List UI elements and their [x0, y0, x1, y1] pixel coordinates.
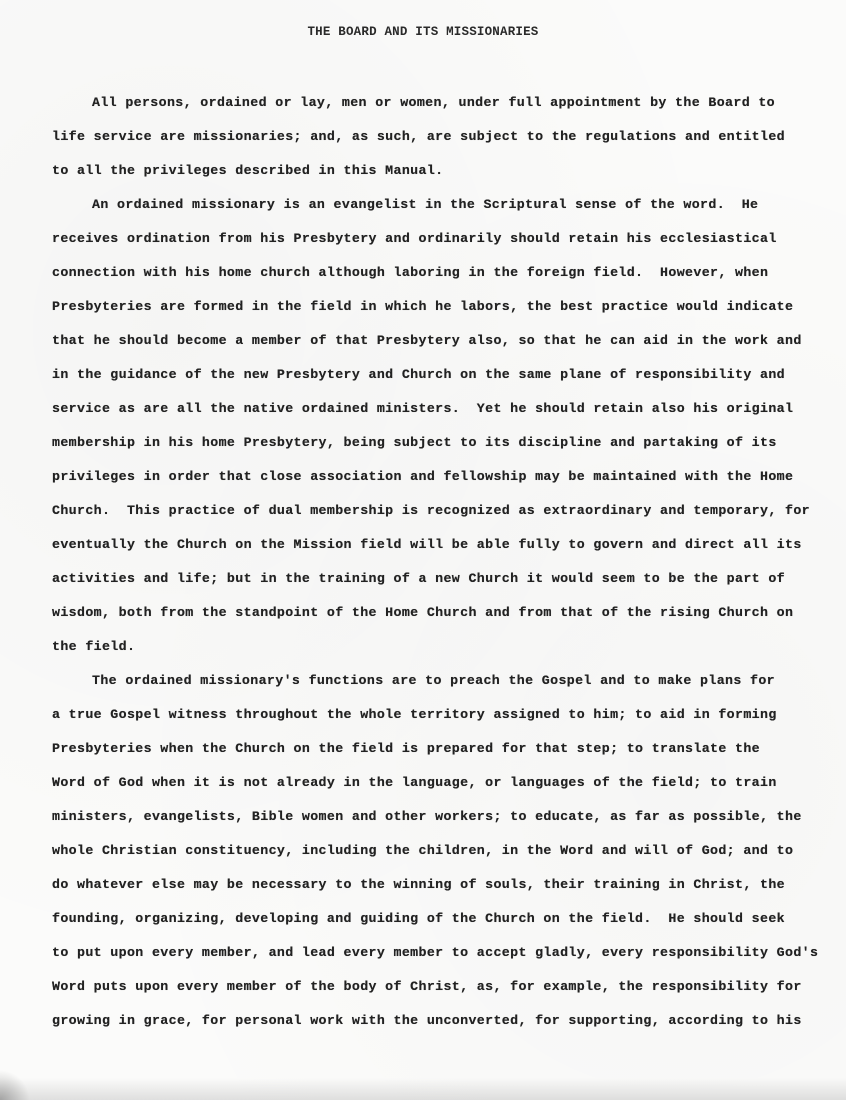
document-page: THE BOARD AND ITS MISSIONARIES All perso… [0, 0, 846, 1100]
text-line: do whatever else may be necessary to the… [52, 876, 785, 894]
text-line: to all the privileges described in this … [52, 162, 443, 180]
text-line: service as are all the native ordained m… [52, 400, 793, 418]
text-line: the field. [52, 638, 135, 656]
text-line: growing in grace, for personal work with… [52, 1012, 802, 1030]
text-line: receives ordination from his Presbytery … [52, 230, 777, 248]
text-line: Word puts upon every member of the body … [52, 978, 802, 996]
text-line: activities and life; but in the training… [52, 570, 785, 588]
text-line: connection with his home church although… [52, 264, 768, 282]
text-line: Presbyteries are formed in the field in … [52, 298, 793, 316]
text-line: that he should become a member of that P… [52, 332, 802, 350]
text-line: All persons, ordained or lay, men or wom… [92, 94, 775, 112]
page-corner-shadow [0, 1070, 30, 1100]
text-line: privileges in order that close associati… [52, 468, 793, 486]
text-line: membership in his home Presbytery, being… [52, 434, 777, 452]
text-line: life service are missionaries; and, as s… [52, 128, 785, 146]
text-line: founding, organizing, developing and gui… [52, 910, 785, 928]
document-title: THE BOARD AND ITS MISSIONARIES [0, 25, 846, 39]
scan-smudge [0, 1078, 846, 1100]
text-line: wisdom, both from the standpoint of the … [52, 604, 793, 622]
text-line: in the guidance of the new Presbytery an… [52, 366, 785, 384]
text-line: The ordained missionary's functions are … [92, 672, 775, 690]
text-line: ministers, evangelists, Bible women and … [52, 808, 802, 826]
text-line: Church. This practice of dual membership… [52, 502, 810, 520]
text-line: eventually the Church on the Mission fie… [52, 536, 802, 554]
text-line: An ordained missionary is an evangelist … [92, 196, 758, 214]
text-line: a true Gospel witness throughout the who… [52, 706, 777, 724]
text-line: Word of God when it is not already in th… [52, 774, 777, 792]
text-line: to put upon every member, and lead every… [52, 944, 818, 962]
text-line: Presbyteries when the Church on the fiel… [52, 740, 760, 758]
text-line: whole Christian constituency, including … [52, 842, 793, 860]
